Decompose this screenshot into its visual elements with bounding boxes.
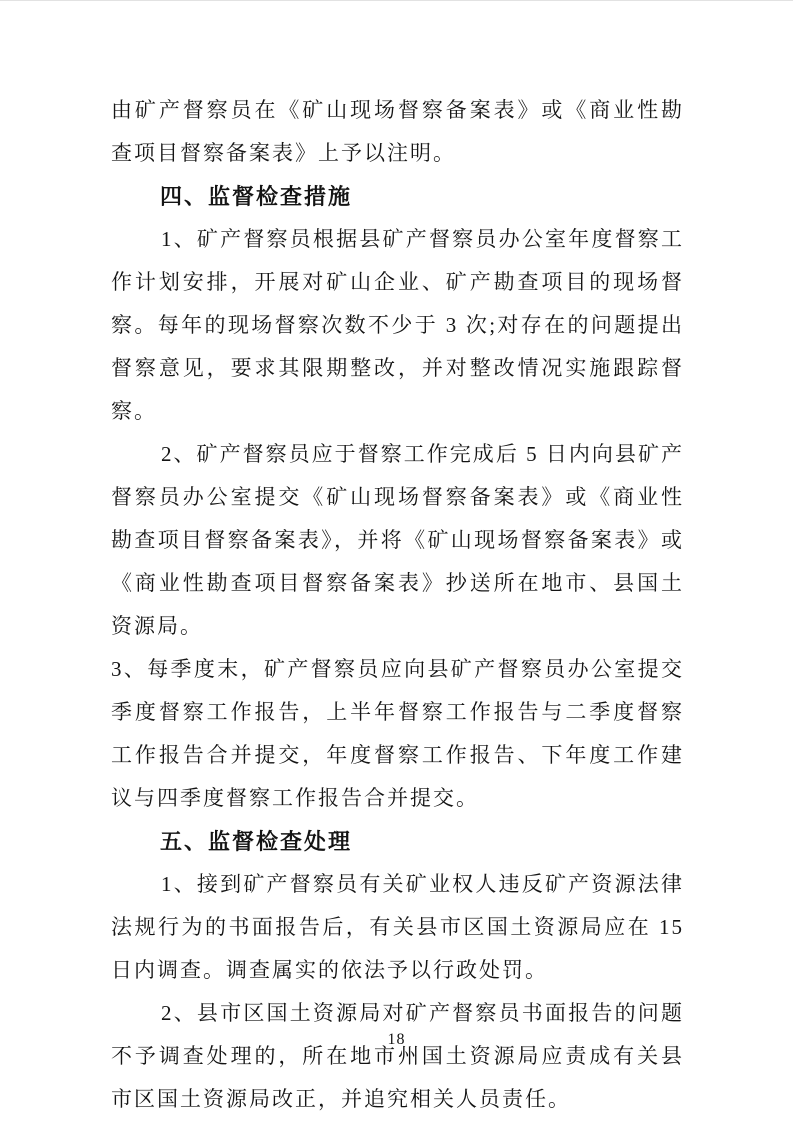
body-paragraph: 2、矿产督察员应于督察工作完成后 5 日内向县矿产督察员办公室提交《矿山现场督察… <box>111 433 684 648</box>
body-paragraph: 3、每季度末，矿产督察员应向县矿产督察员办公室提交季度督察工作报告，上半年督察工… <box>111 648 684 820</box>
section-heading: 五、监督检查处理 <box>111 820 684 863</box>
body-paragraph: 由矿产督察员在《矿山现场督察备案表》或《商业性勘查项目督察备案表》上予以注明。 <box>111 89 684 175</box>
body-paragraph: 1、矿产督察员根据县矿产督察员办公室年度督察工作计划安排，开展对矿山企业、矿产勘… <box>111 218 684 433</box>
page-number: 18 <box>388 1031 406 1048</box>
section-heading: 四、监督检查措施 <box>111 175 684 218</box>
document-body: 由矿产督察员在《矿山现场督察备案表》或《商业性勘查项目督察备案表》上予以注明。四… <box>111 89 684 1121</box>
body-paragraph: 1、接到矿产督察员有关矿业权人违反矿产资源法律法规行为的书面报告后，有关县市区国… <box>111 863 684 992</box>
body-paragraph: 2、县市区国土资源局对矿产督察员书面报告的问题不予调查处理的，所在地市州国土资源… <box>111 992 684 1121</box>
document-page: 由矿产督察员在《矿山现场督察备案表》或《商业性勘查项目督察备案表》上予以注明。四… <box>0 0 793 1123</box>
page-footer: 18 <box>0 1031 793 1049</box>
